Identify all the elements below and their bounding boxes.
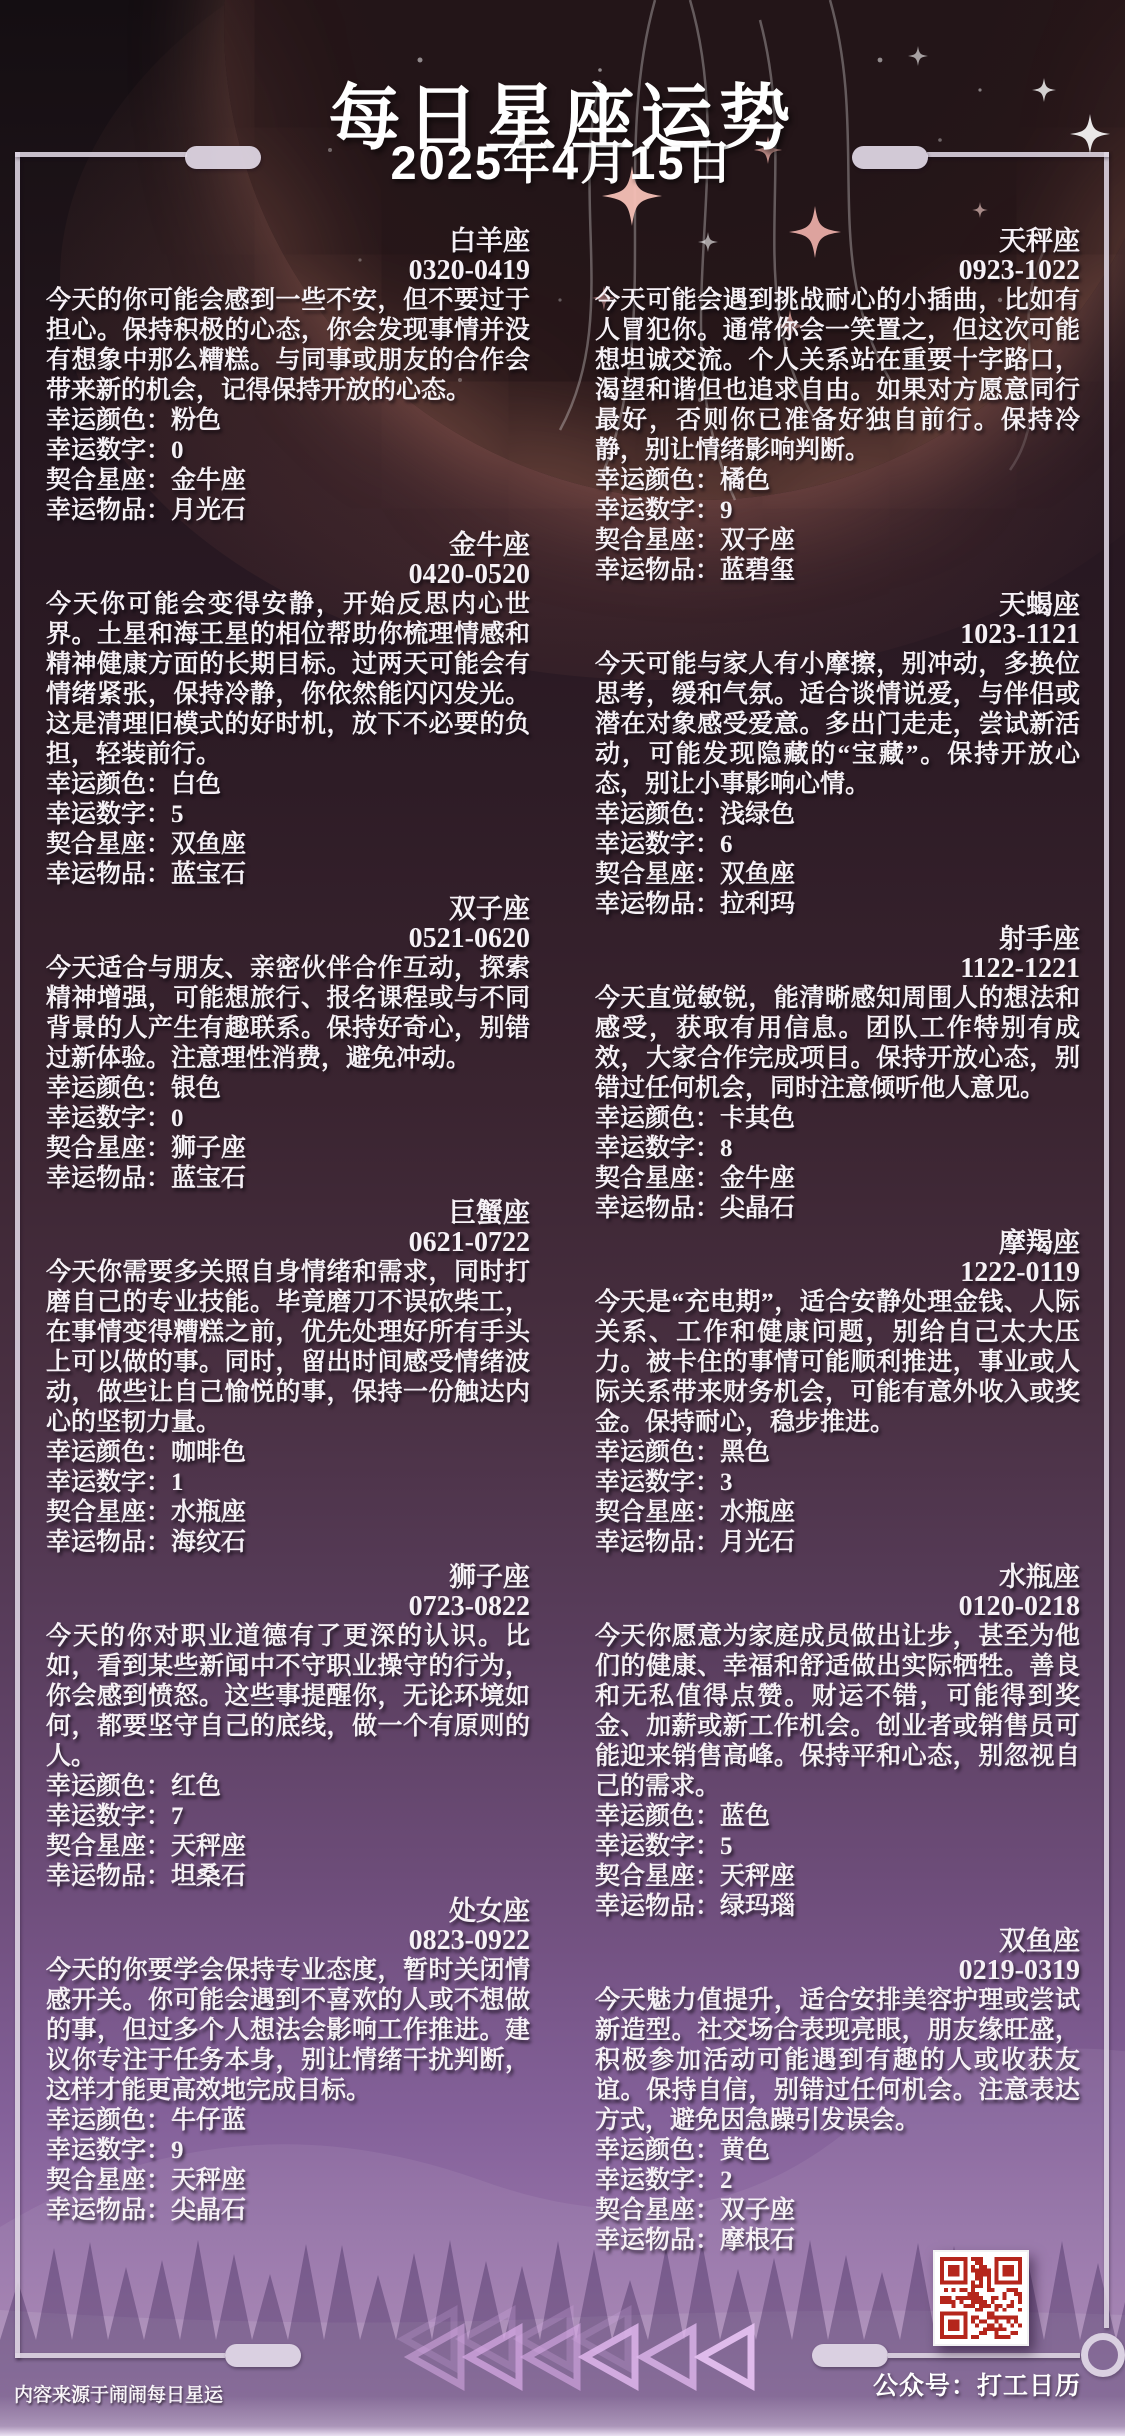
lucky-color-value: 银色	[171, 1075, 221, 1102]
lucky-number-value: 2	[720, 2167, 733, 2194]
lucky-number-row: 幸运数字：0	[46, 436, 530, 466]
zodiac-card: 射手座 1122-1221 今天直觉敏锐，能清晰感知周围人的想法和感受，获取有用…	[595, 924, 1080, 1224]
frame-bottom-left-line	[15, 2353, 225, 2358]
lucky-color-row: 幸运颜色：卡其色	[595, 1104, 1080, 1134]
lucky-item-value: 尖晶石	[171, 2197, 246, 2224]
match-sign-value: 双子座	[720, 2197, 795, 2224]
lucky-color-row: 幸运颜色：牛仔蓝	[46, 2106, 530, 2136]
lucky-item-label: 幸运物品：	[46, 1529, 171, 1556]
match-sign-value: 金牛座	[720, 1165, 795, 1192]
lucky-number-label: 幸运数字：	[46, 2137, 171, 2164]
match-sign-label: 契合星座：	[595, 861, 720, 888]
lucky-item-row: 幸运物品：拉利玛	[595, 890, 1080, 920]
lucky-item-value: 尖晶石	[720, 1195, 795, 1222]
zodiac-date-range: 1122-1221	[595, 954, 1080, 984]
match-sign-label: 契合星座：	[46, 831, 171, 858]
lucky-color-label: 幸运颜色：	[595, 801, 720, 828]
match-sign-value: 天秤座	[720, 1863, 795, 1890]
zodiac-description: 今天的你可能会感到一些不安，但不要过于担心。保持积极的心态，你会发现事情并没有想…	[46, 286, 530, 406]
match-sign-value: 天秤座	[171, 2167, 246, 2194]
zodiac-description: 今天是“充电期”，适合安静处理金钱、人际关系、工作和健康问题，别给自己太大压力。…	[595, 1288, 1080, 1438]
lucky-color-value: 浅绿色	[720, 801, 795, 828]
zodiac-card: 双鱼座 0219-0319 今天魅力值提升，适合安排美容护理或尝试新造型。社交场…	[595, 1926, 1080, 2256]
lucky-color-value: 白色	[171, 771, 221, 798]
lucky-color-row: 幸运颜色：粉色	[46, 406, 530, 436]
zodiac-card: 双子座 0521-0620 今天适合与朋友、亲密伙伴合作互动，探索精神增强，可能…	[46, 894, 530, 1194]
horoscope-poster: 每日星座运势 2025年4月15日 白羊座 0320-0419 今天的你可能会感…	[0, 0, 1125, 2436]
lucky-item-label: 幸运物品：	[46, 2197, 171, 2224]
lucky-color-row: 幸运颜色：白色	[46, 770, 530, 800]
zodiac-date-range: 1023-1121	[595, 620, 1080, 650]
zodiac-name: 摩羯座	[595, 1228, 1080, 1258]
match-sign-row: 契合星座：双鱼座	[46, 830, 530, 860]
zodiac-name: 天秤座	[595, 226, 1080, 256]
zodiac-description: 今天的你对职业道德有了更深的认识。比如，看到某些新闻中不守职业操守的行为，你会感…	[46, 1622, 530, 1772]
lucky-color-label: 幸运颜色：	[46, 407, 171, 434]
lucky-number-label: 幸运数字：	[595, 1833, 720, 1860]
lucky-item-label: 幸运物品：	[595, 1529, 720, 1556]
lucky-item-value: 海纹石	[171, 1529, 246, 1556]
lucky-item-row: 幸运物品：月光石	[595, 1528, 1080, 1558]
lucky-color-row: 幸运颜色：蓝色	[595, 1802, 1080, 1832]
match-sign-row: 契合星座：天秤座	[595, 1862, 1080, 1892]
lucky-color-label: 幸运颜色：	[46, 1439, 171, 1466]
match-sign-row: 契合星座：双子座	[595, 526, 1080, 556]
zodiac-date-range: 0521-0620	[46, 924, 530, 954]
lucky-color-row: 幸运颜色：银色	[46, 1074, 530, 1104]
footer-wechat-account: 公众号：打工日历	[873, 2366, 1081, 2402]
lucky-number-value: 9	[171, 2137, 184, 2164]
lucky-number-value: 9	[720, 497, 733, 524]
footer-source-credit: 内容来源于闹闹每日星运	[14, 2380, 223, 2407]
lucky-number-row: 幸运数字：6	[595, 830, 1080, 860]
lucky-color-value: 牛仔蓝	[171, 2107, 246, 2134]
lucky-item-row: 幸运物品：蓝宝石	[46, 1164, 530, 1194]
lucky-number-row: 幸运数字：5	[595, 1832, 1080, 1862]
lucky-color-row: 幸运颜色：橘色	[595, 466, 1080, 496]
lucky-item-value: 月光石	[720, 1529, 795, 1556]
lucky-color-label: 幸运颜色：	[595, 1439, 720, 1466]
lucky-item-label: 幸运物品：	[595, 2227, 720, 2254]
match-sign-row: 契合星座：水瓶座	[46, 1498, 530, 1528]
match-sign-value: 狮子座	[171, 1135, 246, 1162]
match-sign-value: 双子座	[720, 527, 795, 554]
match-sign-row: 契合星座：天秤座	[46, 2166, 530, 2196]
lucky-number-label: 幸运数字：	[46, 801, 171, 828]
page-date: 2025年4月15日	[0, 126, 1125, 193]
lucky-number-label: 幸运数字：	[595, 1135, 720, 1162]
lucky-number-value: 7	[171, 1803, 184, 1830]
zodiac-card: 水瓶座 0120-0218 今天你愿意为家庭成员做出让步，甚至为他们的健康、幸福…	[595, 1562, 1080, 1922]
zodiac-name: 天蝎座	[595, 590, 1080, 620]
lucky-number-value: 1	[171, 1469, 184, 1496]
zodiac-date-range: 0823-0922	[46, 1926, 530, 1956]
lucky-number-label: 幸运数字：	[46, 437, 171, 464]
zodiac-card: 巨蟹座 0621-0722 今天你需要多关照自身情绪和需求，同时打磨自己的专业技…	[46, 1198, 530, 1558]
lucky-item-row: 幸运物品：蓝宝石	[46, 860, 530, 890]
lucky-color-value: 黄色	[720, 2137, 770, 2164]
lucky-number-value: 5	[720, 1833, 733, 1860]
zodiac-date-range: 0320-0419	[46, 256, 530, 286]
match-sign-label: 契合星座：	[46, 1499, 171, 1526]
match-sign-value: 水瓶座	[720, 1499, 795, 1526]
match-sign-label: 契合星座：	[595, 1165, 720, 1192]
lucky-number-label: 幸运数字：	[46, 1803, 171, 1830]
lucky-color-value: 卡其色	[720, 1105, 795, 1132]
column-right: 天秤座 0923-1022 今天可能会遇到挑战耐心的小插曲，比如有人冒犯你。通常…	[595, 226, 1080, 2256]
match-sign-row: 契合星座：狮子座	[46, 1134, 530, 1164]
zodiac-name: 狮子座	[46, 1562, 530, 1592]
zodiac-date-range: 0219-0319	[595, 1956, 1080, 1986]
lucky-color-row: 幸运颜色：红色	[46, 1772, 530, 1802]
lucky-item-value: 蓝宝石	[171, 861, 246, 888]
lucky-number-row: 幸运数字：5	[46, 800, 530, 830]
match-sign-value: 双鱼座	[171, 831, 246, 858]
zodiac-card: 天蝎座 1023-1121 今天可能与家人有小摩擦，别冲动，多换位思考，缓和气氛…	[595, 590, 1080, 920]
zodiac-date-range: 0923-1022	[595, 256, 1080, 286]
zodiac-name: 白羊座	[46, 226, 530, 256]
match-sign-label: 契合星座：	[595, 2197, 720, 2224]
zodiac-name: 巨蟹座	[46, 1198, 530, 1228]
lucky-item-label: 幸运物品：	[595, 1893, 720, 1920]
match-sign-value: 双鱼座	[720, 861, 795, 888]
lucky-number-label: 幸运数字：	[595, 1469, 720, 1496]
zodiac-name: 水瓶座	[595, 1562, 1080, 1592]
lucky-number-row: 幸运数字：1	[46, 1468, 530, 1498]
match-sign-row: 契合星座：金牛座	[46, 466, 530, 496]
match-sign-label: 契合星座：	[595, 1499, 720, 1526]
lucky-item-label: 幸运物品：	[595, 891, 720, 918]
lucky-number-row: 幸运数字：9	[46, 2136, 530, 2166]
match-sign-value: 水瓶座	[171, 1499, 246, 1526]
lucky-color-label: 幸运颜色：	[46, 771, 171, 798]
frame-right-line	[1104, 152, 1109, 2328]
lucky-number-row: 幸运数字：8	[595, 1134, 1080, 1164]
zodiac-date-range: 0420-0520	[46, 560, 530, 590]
match-sign-row: 契合星座：金牛座	[595, 1164, 1080, 1194]
zodiac-name: 处女座	[46, 1896, 530, 1926]
sparkle-icon	[972, 202, 988, 218]
match-sign-row: 契合星座：天秤座	[46, 1832, 530, 1862]
zodiac-description: 今天可能与家人有小摩擦，别冲动，多换位思考，缓和气氛。适合谈情说爱，与伴侣或潜在…	[595, 650, 1080, 800]
lucky-color-value: 红色	[171, 1773, 221, 1800]
lucky-number-label: 幸运数字：	[595, 831, 720, 858]
lucky-color-label: 幸运颜色：	[46, 1075, 171, 1102]
frame-bottom-right-line	[888, 2353, 1080, 2358]
zodiac-description: 今天适合与朋友、亲密伙伴合作互动，探索精神增强，可能想旅行、报名课程或与不同背景…	[46, 954, 530, 1074]
lucky-color-label: 幸运颜色：	[595, 2137, 720, 2164]
qr-code	[933, 2250, 1029, 2346]
lucky-item-row: 幸运物品：尖晶石	[595, 1194, 1080, 1224]
zodiac-date-range: 0621-0722	[46, 1228, 530, 1258]
lucky-color-value: 橘色	[720, 467, 770, 494]
lucky-color-row: 幸运颜色：浅绿色	[595, 800, 1080, 830]
lucky-color-row: 幸运颜色：黄色	[595, 2136, 1080, 2166]
lucky-number-row: 幸运数字：0	[46, 1104, 530, 1134]
match-sign-label: 契合星座：	[46, 1135, 171, 1162]
match-sign-row: 契合星座：水瓶座	[595, 1498, 1080, 1528]
lucky-color-label: 幸运颜色：	[595, 467, 720, 494]
zodiac-card: 摩羯座 1222-0119 今天是“充电期”，适合安静处理金钱、人际关系、工作和…	[595, 1228, 1080, 1558]
zodiac-name: 双子座	[46, 894, 530, 924]
column-left: 白羊座 0320-0419 今天的你可能会感到一些不安，但不要过于担心。保持积极…	[46, 226, 530, 2226]
lucky-item-label: 幸运物品：	[595, 1195, 720, 1222]
lucky-number-label: 幸运数字：	[46, 1105, 171, 1132]
zodiac-description: 今天可能会遇到挑战耐心的小插曲，比如有人冒犯你。通常你会一笑置之，但这次可能想坦…	[595, 286, 1080, 466]
zodiac-description: 今天魅力值提升，适合安排美容护理或尝试新造型。社交场合表现亮眼，朋友缘旺盛，积极…	[595, 1986, 1080, 2136]
zodiac-name: 射手座	[595, 924, 1080, 954]
lucky-item-value: 蓝宝石	[171, 1165, 246, 1192]
match-sign-label: 契合星座：	[46, 467, 171, 494]
zodiac-date-range: 0120-0218	[595, 1592, 1080, 1622]
lucky-number-value: 0	[171, 437, 184, 464]
lucky-item-row: 幸运物品：绿玛瑙	[595, 1892, 1080, 1922]
zodiac-name: 双鱼座	[595, 1926, 1080, 1956]
lucky-color-value: 粉色	[171, 407, 221, 434]
zodiac-name: 金牛座	[46, 530, 530, 560]
lucky-color-row: 幸运颜色：黑色	[595, 1438, 1080, 1468]
lucky-item-row: 幸运物品：尖晶石	[46, 2196, 530, 2226]
frame-left-line	[15, 152, 20, 2358]
zodiac-description: 今天直觉敏锐，能清晰感知周围人的想法和感受，获取有用信息。团队工作特别有成效，大…	[595, 984, 1080, 1104]
lucky-color-label: 幸运颜色：	[46, 1773, 171, 1800]
lucky-item-label: 幸运物品：	[46, 497, 171, 524]
zodiac-description: 今天你需要多关照自身情绪和需求，同时打磨自己的专业技能。毕竟磨刀不误砍柴工，在事…	[46, 1258, 530, 1438]
lucky-item-value: 拉利玛	[720, 891, 795, 918]
lucky-item-value: 月光石	[171, 497, 246, 524]
lucky-color-value: 蓝色	[720, 1803, 770, 1830]
match-sign-label: 契合星座：	[46, 1833, 171, 1860]
lucky-item-label: 幸运物品：	[46, 1863, 171, 1890]
lucky-item-label: 幸运物品：	[595, 557, 720, 584]
zodiac-description: 今天你可能会变得安静，开始反思内心世界。土星和海王星的相位帮助你梳理情感和精神健…	[46, 590, 530, 770]
frame-bottom-right-pill	[812, 2344, 888, 2367]
lucky-number-value: 8	[720, 1135, 733, 1162]
lucky-item-row: 幸运物品：月光石	[46, 496, 530, 526]
match-sign-label: 契合星座：	[595, 1863, 720, 1890]
match-sign-label: 契合星座：	[595, 527, 720, 554]
lucky-number-row: 幸运数字：7	[46, 1802, 530, 1832]
zodiac-description: 今天的你要学会保持专业态度，暂时关闭情感开关。你可能会遇到不喜欢的人或不想做的事…	[46, 1956, 530, 2106]
lucky-number-row: 幸运数字：2	[595, 2166, 1080, 2196]
zodiac-card: 天秤座 0923-1022 今天可能会遇到挑战耐心的小插曲，比如有人冒犯你。通常…	[595, 226, 1080, 586]
lucky-number-row: 幸运数字：3	[595, 1468, 1080, 1498]
lucky-item-value: 坦桑石	[171, 1863, 246, 1890]
zodiac-card: 白羊座 0320-0419 今天的你可能会感到一些不安，但不要过于担心。保持积极…	[46, 226, 530, 526]
lucky-number-value: 0	[171, 1105, 184, 1132]
lucky-color-label: 幸运颜色：	[595, 1105, 720, 1132]
zodiac-card: 狮子座 0723-0822 今天的你对职业道德有了更深的认识。比如，看到某些新闻…	[46, 1562, 530, 1892]
lucky-color-value: 黑色	[720, 1439, 770, 1466]
lucky-number-label: 幸运数字：	[46, 1469, 171, 1496]
lucky-color-row: 幸运颜色：咖啡色	[46, 1438, 530, 1468]
lucky-item-value: 绿玛瑙	[720, 1893, 795, 1920]
lucky-number-label: 幸运数字：	[595, 497, 720, 524]
lucky-item-value: 蓝碧玺	[720, 557, 795, 584]
match-sign-label: 契合星座：	[46, 2167, 171, 2194]
lucky-color-label: 幸运颜色：	[46, 2107, 171, 2134]
lucky-number-label: 幸运数字：	[595, 2167, 720, 2194]
zodiac-description: 今天你愿意为家庭成员做出让步，甚至为他们的健康、幸福和舒适做出实际牺牲。善良和无…	[595, 1622, 1080, 1802]
lucky-item-row: 幸运物品：海纹石	[46, 1528, 530, 1558]
lucky-number-value: 5	[171, 801, 184, 828]
frame-bottom-left-pill	[225, 2344, 301, 2367]
zodiac-card: 金牛座 0420-0520 今天你可能会变得安静，开始反思内心世界。土星和海王星…	[46, 530, 530, 890]
frame-corner-ring	[1081, 2333, 1125, 2377]
match-sign-value: 天秤座	[171, 1833, 246, 1860]
lucky-item-row: 幸运物品：坦桑石	[46, 1862, 530, 1892]
match-sign-row: 契合星座：双鱼座	[595, 860, 1080, 890]
lucky-item-value: 摩根石	[720, 2227, 795, 2254]
match-sign-row: 契合星座：双子座	[595, 2196, 1080, 2226]
lucky-item-label: 幸运物品：	[46, 1165, 171, 1192]
lucky-number-value: 6	[720, 831, 733, 858]
lucky-color-label: 幸运颜色：	[595, 1803, 720, 1830]
lucky-item-label: 幸运物品：	[46, 861, 171, 888]
zodiac-card: 处女座 0823-0922 今天的你要学会保持专业态度，暂时关闭情感开关。你可能…	[46, 1896, 530, 2226]
lucky-color-value: 咖啡色	[171, 1439, 246, 1466]
lucky-item-row: 幸运物品：蓝碧玺	[595, 556, 1080, 586]
zodiac-date-range: 0723-0822	[46, 1592, 530, 1622]
zodiac-date-range: 1222-0119	[595, 1258, 1080, 1288]
lucky-number-value: 3	[720, 1469, 733, 1496]
lucky-number-row: 幸运数字：9	[595, 496, 1080, 526]
match-sign-value: 金牛座	[171, 467, 246, 494]
